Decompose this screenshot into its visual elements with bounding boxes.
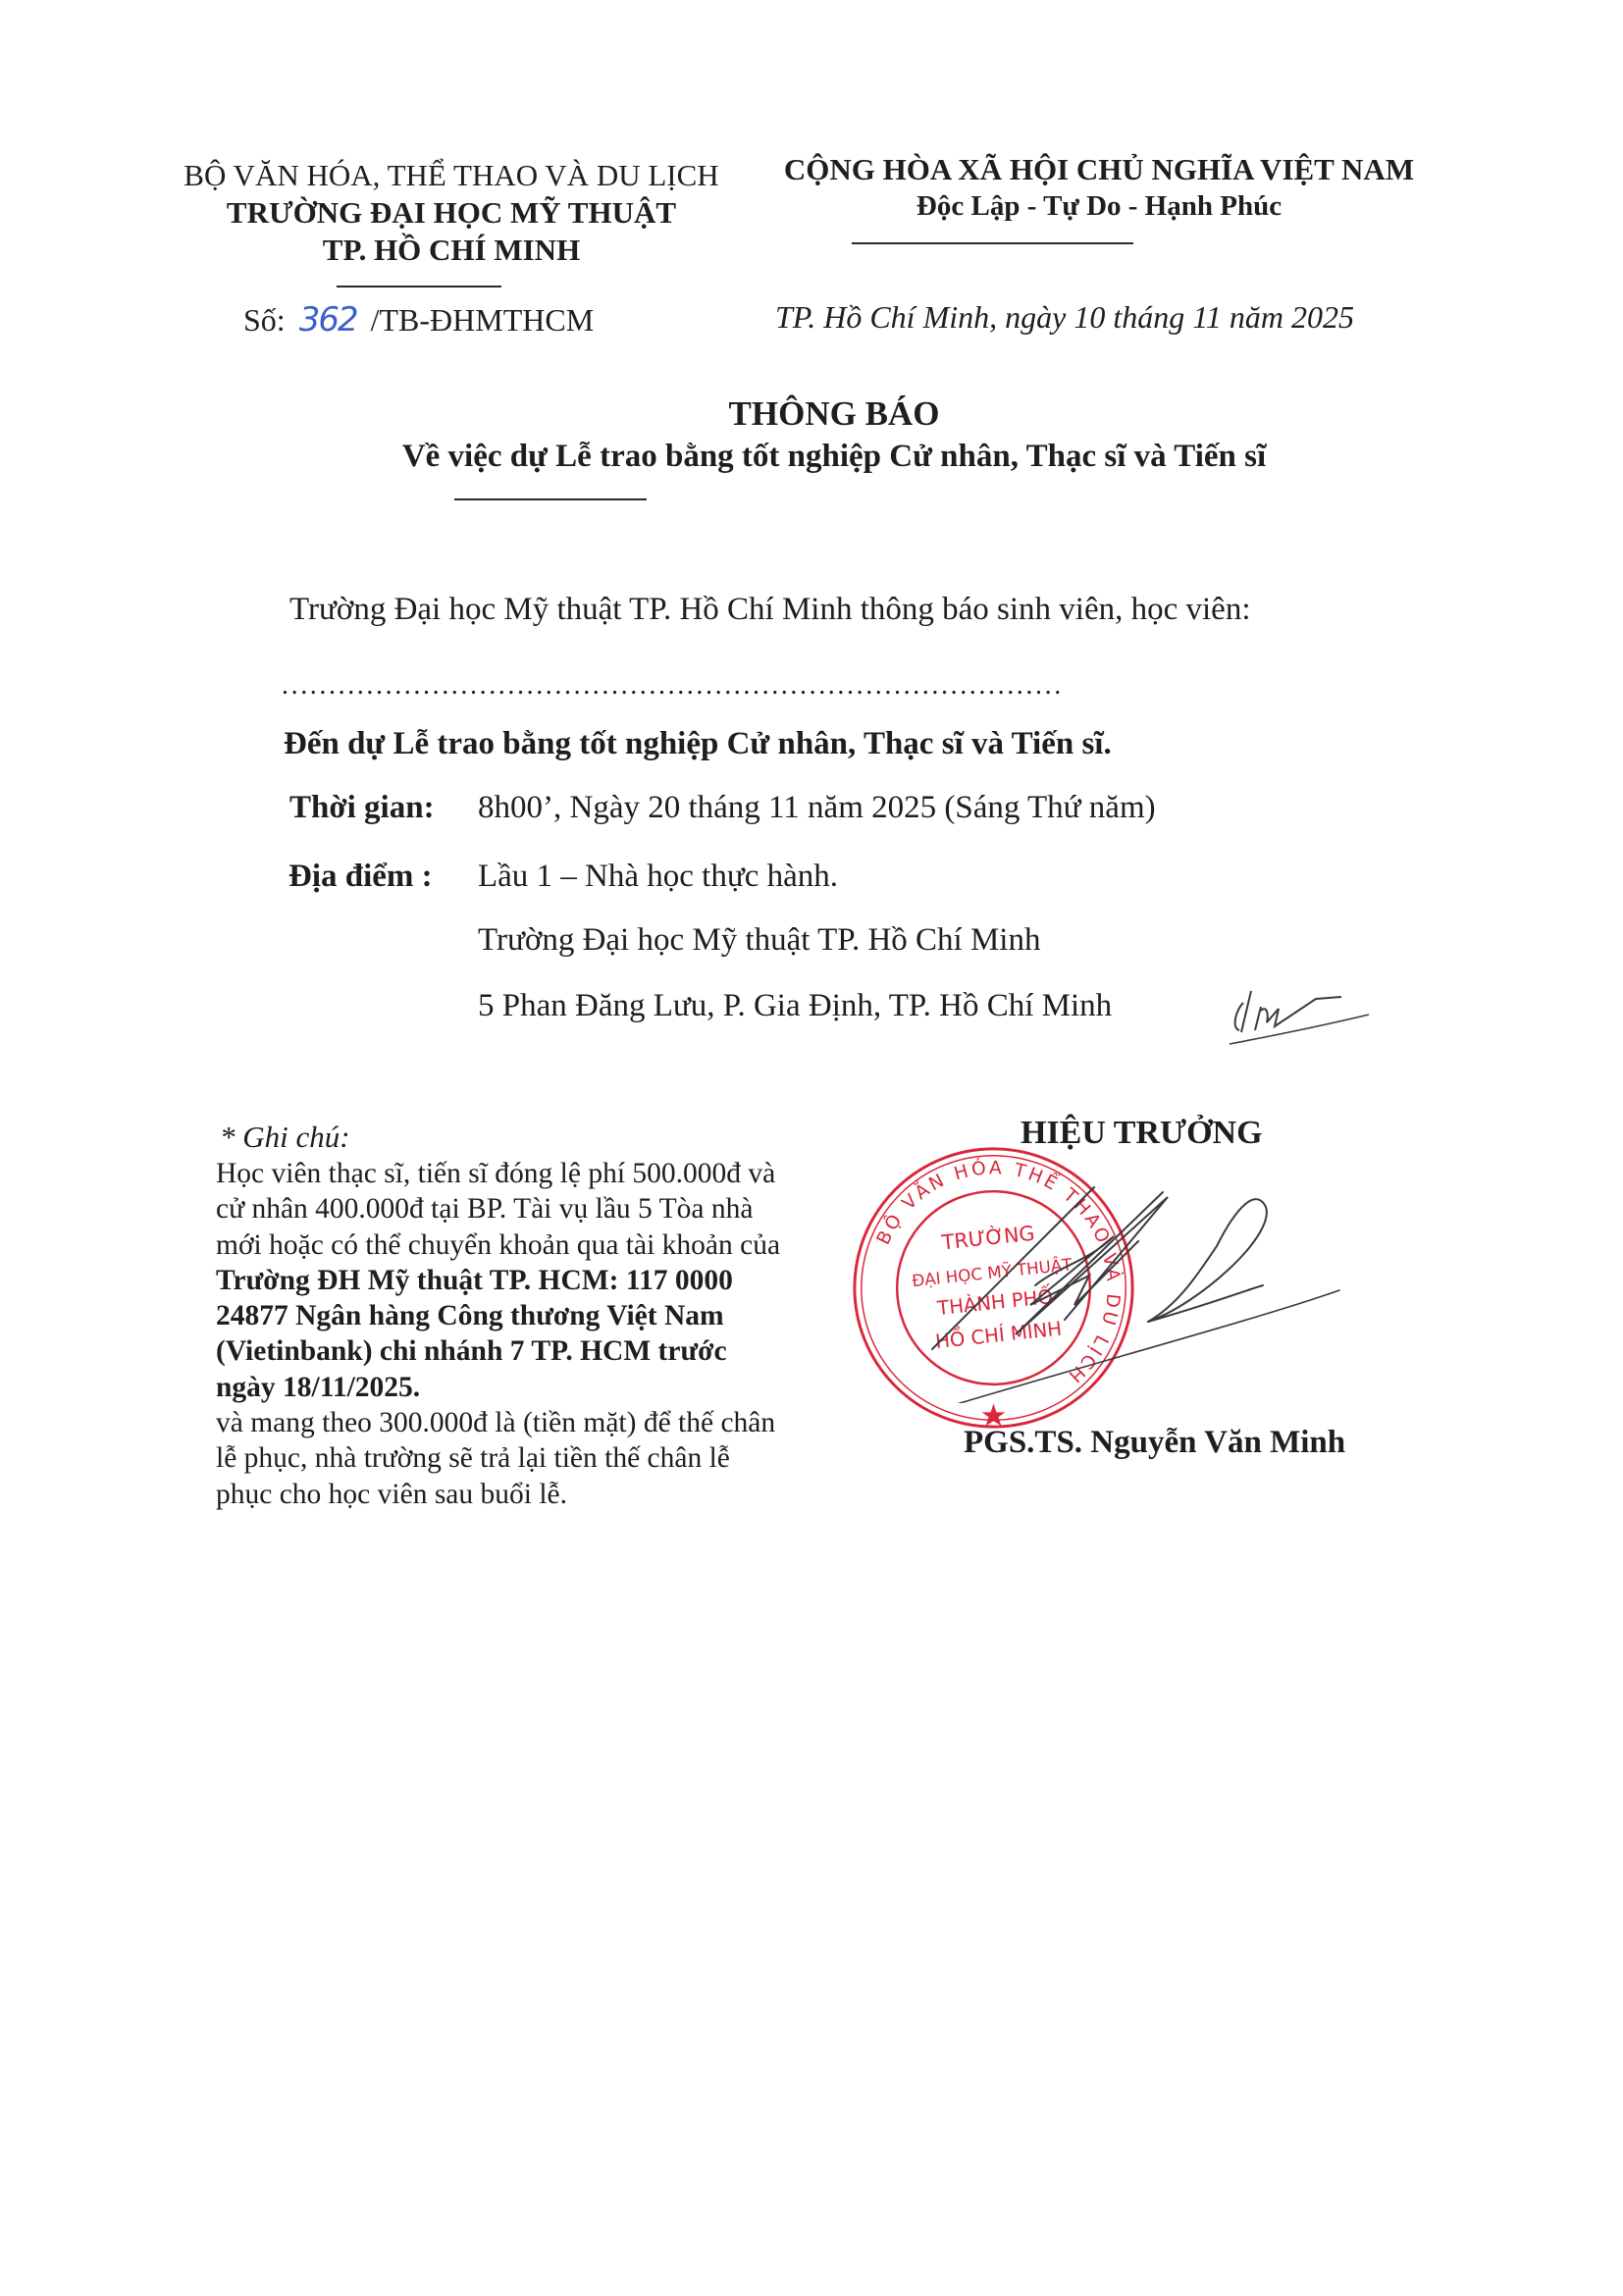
place-line: 5 Phan Đăng Lưu, P. Gia Định, TP. Hồ Chí…: [478, 988, 1112, 1024]
seal-star-icon: [982, 1404, 1006, 1427]
note-line: cử nhân 400.000đ tại BP. Tài vụ lầu 5 Tò…: [216, 1191, 864, 1226]
school-name: TRƯỜNG ĐẠI HỌC MỸ THUẬT: [177, 194, 726, 232]
note-body: Học viên thạc sĩ, tiến sĩ đóng lệ phí 50…: [216, 1156, 864, 1512]
school-city: TP. HỒ CHÍ MINH: [177, 232, 726, 269]
title-divider: [454, 498, 647, 500]
intro-text: Trường Đại học Mỹ thuật TP. Hồ Chí Minh …: [289, 592, 1251, 628]
time-label: Thời gian:: [289, 790, 435, 826]
note-section: * Ghi chú: Học viên thạc sĩ, tiến sĩ đón…: [216, 1119, 864, 1512]
document-title: THÔNG BÁO Về việc dự Lễ trao bằng tốt ng…: [294, 392, 1374, 477]
note-line: Học viên thạc sĩ, tiến sĩ đóng lệ phí 50…: [216, 1156, 864, 1191]
republic-name: CỘNG HÒA XÃ HỘI CHỦ NGHĨA VIỆT NAM: [756, 151, 1442, 188]
place-and-date: TP. Hồ Chí Minh, ngày 10 tháng 11 năm 20…: [775, 299, 1354, 336]
note-line: ngày 18/11/2025.: [216, 1370, 864, 1405]
note-line: (Vietinbank) chi nhánh 7 TP. HCM trước: [216, 1333, 864, 1369]
principal-signature: [844, 1168, 1492, 1403]
title-subject: Về việc dự Lễ trao bằng tốt nghiệp Cử nh…: [294, 436, 1374, 477]
signer-name: PGS.TS. Nguyễn Văn Minh: [964, 1425, 1345, 1461]
note-line: 24877 Ngân hàng Công thương Việt Nam: [216, 1298, 864, 1333]
time-value: 8h00’, Ngày 20 tháng 11 năm 2025 (Sáng T…: [478, 790, 1156, 826]
place-label: Địa điểm :: [288, 859, 433, 895]
issuing-authority: BỘ VĂN HÓA, THỂ THAO VÀ DU LỊCH TRƯỜNG Đ…: [177, 157, 726, 269]
note-heading: * Ghi chú:: [216, 1119, 864, 1156]
note-line: và mang theo 300.000đ là (tiền mặt) để t…: [216, 1405, 864, 1440]
initials-signature: [1222, 971, 1398, 1050]
ministry-name: BỘ VĂN HÓA, THỂ THAO VÀ DU LỊCH: [177, 157, 726, 194]
document-number-suffix: /TB-ĐHMTHCM: [371, 302, 595, 338]
document-number-handwritten: 362: [293, 300, 363, 339]
note-line: phục cho học viên sau buổi lễ.: [216, 1477, 864, 1512]
title-heading: THÔNG BÁO: [294, 392, 1374, 436]
recipient-blank-line: ........................................…: [282, 670, 1064, 702]
national-heading: CỘNG HÒA XÃ HỘI CHỦ NGHĨA VIỆT NAM Độc L…: [756, 151, 1442, 224]
national-motto: Độc Lập - Tự Do - Hạnh Phúc: [756, 188, 1442, 224]
document-number: Số: 362 /TB-ĐHMTHCM: [243, 300, 594, 339]
document-number-prefix: Số:: [243, 302, 286, 338]
place-line: Lầu 1 – Nhà học thực hành.: [478, 859, 838, 895]
place-line: Trường Đại học Mỹ thuật TP. Hồ Chí Minh: [478, 922, 1040, 959]
header-right-divider: [852, 242, 1133, 244]
note-line: Trường ĐH Mỹ thuật TP. HCM: 117 0000: [216, 1263, 864, 1298]
note-line: lễ phục, nhà trường sẽ trả lại tiền thế …: [216, 1440, 864, 1476]
invitation-text: Đến dự Lễ trao bằng tốt nghiệp Cử nhân, …: [284, 726, 1112, 762]
note-line: mới hoặc có thể chuyển khoản qua tài kho…: [216, 1227, 864, 1263]
header-left-divider: [337, 286, 501, 287]
